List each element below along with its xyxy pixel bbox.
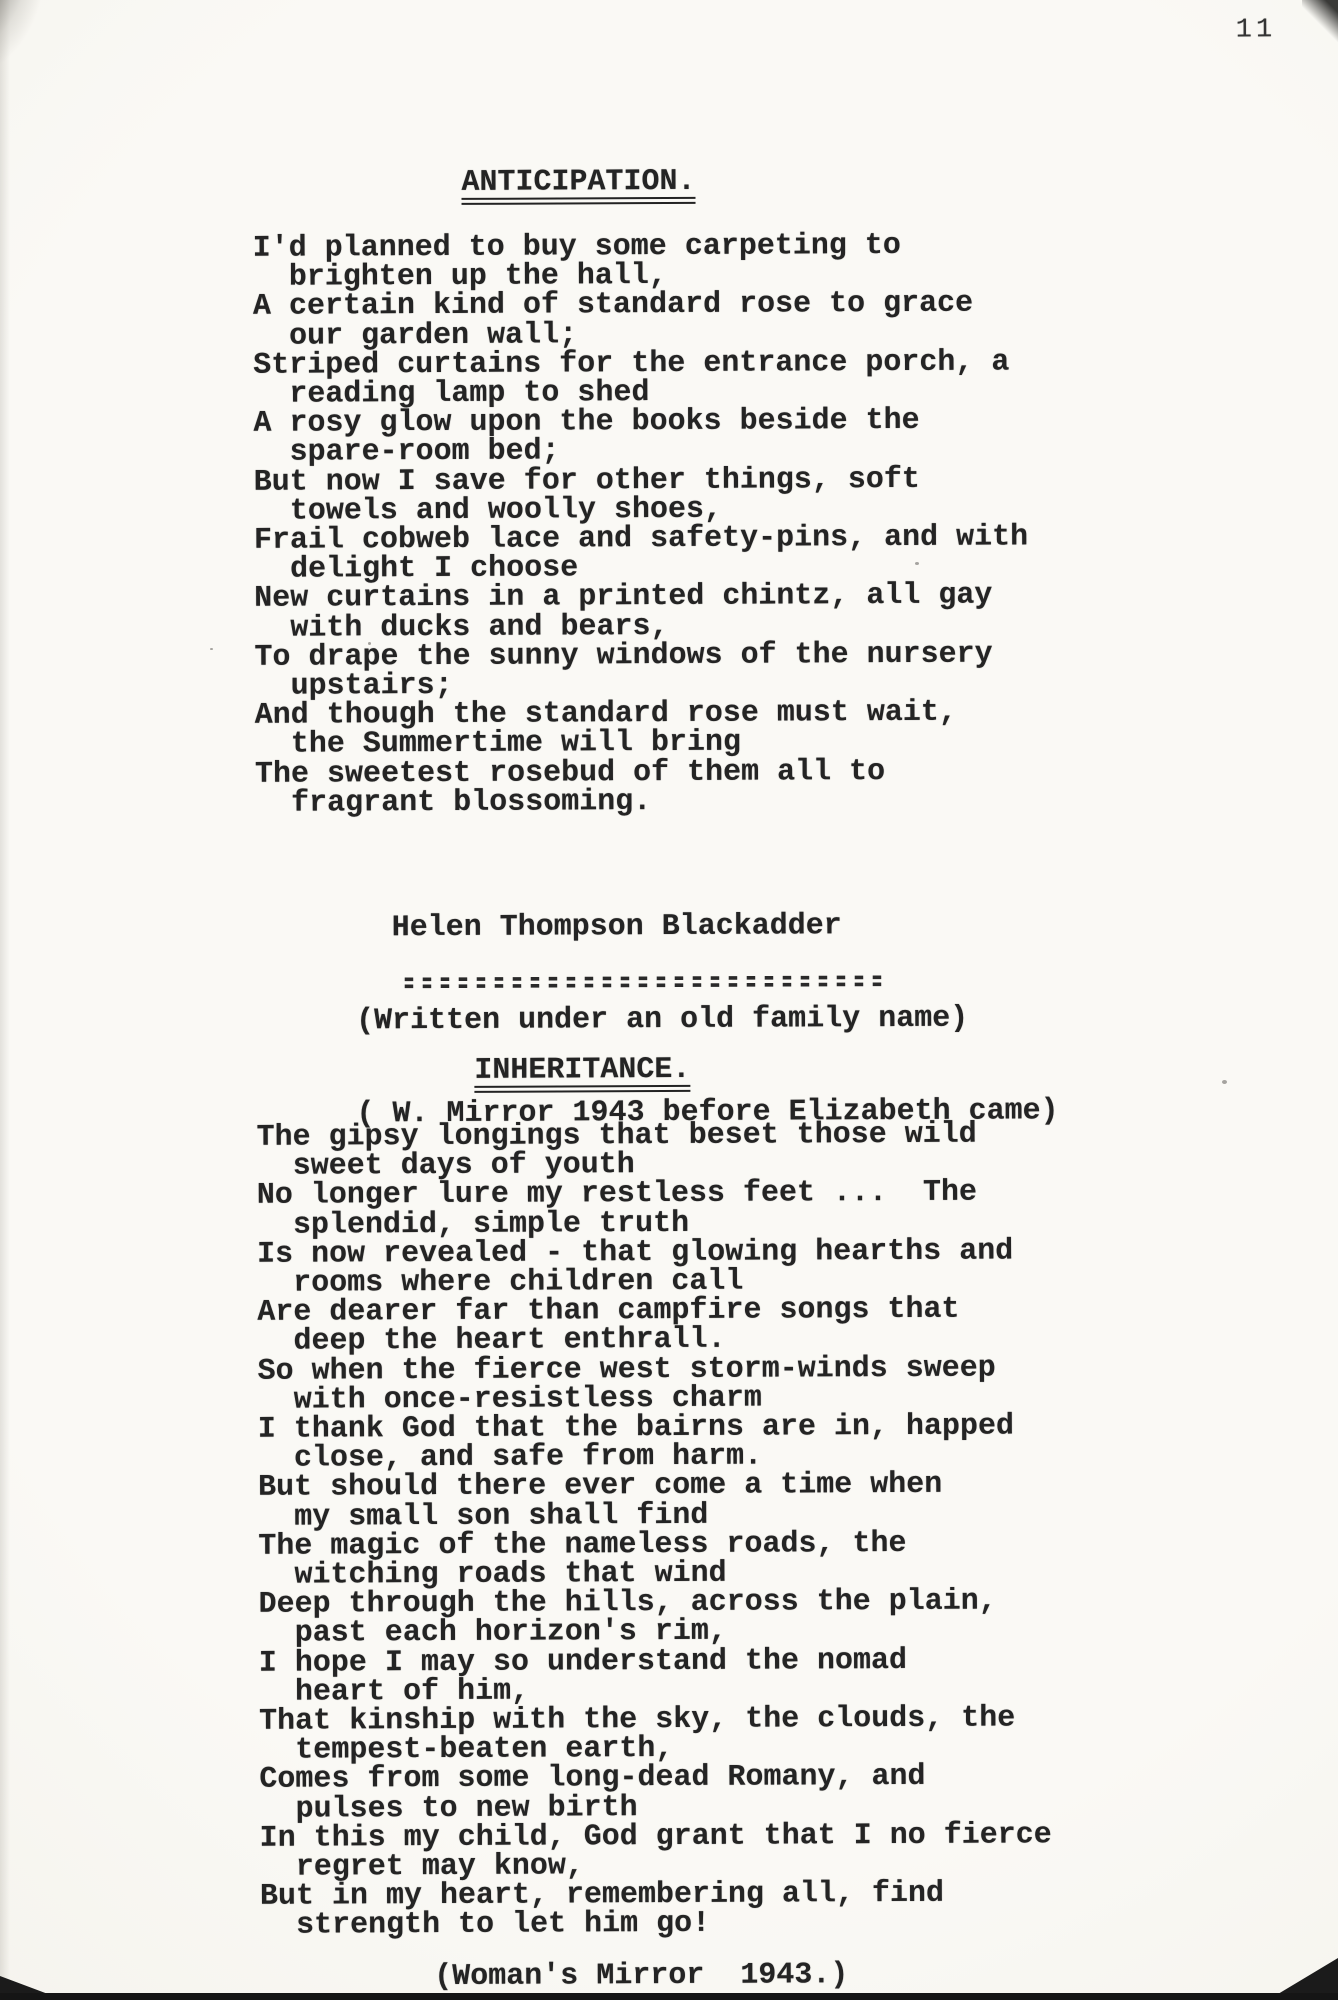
typed-content: 11 ANTICIPATION. I'd planned to buy some…: [0, 0, 1338, 2000]
scan-shadow-top-left: [0, 0, 80, 130]
poem-line: A rosy glow upon the books beside the: [253, 407, 1027, 440]
poem1-title-text: ANTICIPATION.: [461, 167, 695, 205]
poem-line: Frail cobweb lace and safety-pins, and w…: [254, 523, 1028, 556]
scanned-page: 11 ANTICIPATION. I'd planned to buy some…: [0, 0, 1338, 2000]
poem2-title: INHERITANCE.: [474, 1055, 690, 1093]
poem-line: The gipsy longings that beset those wild: [257, 1120, 1049, 1153]
poem-line: I hope I may so understand the nomad: [259, 1646, 1051, 1679]
page-number: 11: [1236, 15, 1277, 45]
poem1-lines: I'd planned to buy some carpeting to bri…: [253, 231, 1030, 818]
poem2-title-text: INHERITANCE.: [474, 1055, 690, 1093]
dashed-separator: ---------------------------: [400, 963, 886, 995]
paper-speck: [1222, 1080, 1227, 1084]
poem1-title: ANTICIPATION.: [461, 167, 695, 205]
poem-line: In this my child, God grant that I no fi…: [260, 1821, 1052, 1854]
attribution-note: (Written under an old family name): [356, 1003, 1058, 1037]
poem-line: fragrant blossoming.: [255, 786, 1029, 819]
scan-shadow-top-right: [1302, 0, 1338, 42]
source-caption: (Woman's Mirror 1943.): [434, 1960, 848, 1992]
poem-line: strength to let him go!: [260, 1909, 1052, 1942]
poem-line: To drape the sunny windows of the nurser…: [254, 640, 1028, 673]
paper-speck: [915, 562, 919, 565]
poem-line: A certain kind of standard rose to grace: [253, 290, 1027, 323]
scan-edge-bottom: [0, 1993, 1338, 2000]
paper-speck: [210, 648, 213, 650]
attribution-author: Helen Thompson Blackadder: [356, 910, 1058, 944]
poem-line: Comes from some long-dead Romany, and: [259, 1763, 1051, 1796]
poem2-lines: The gipsy longings that beset those wild…: [257, 1120, 1053, 1941]
paper-speck: [368, 642, 371, 645]
scan-edge-left: [0, 0, 10, 2000]
